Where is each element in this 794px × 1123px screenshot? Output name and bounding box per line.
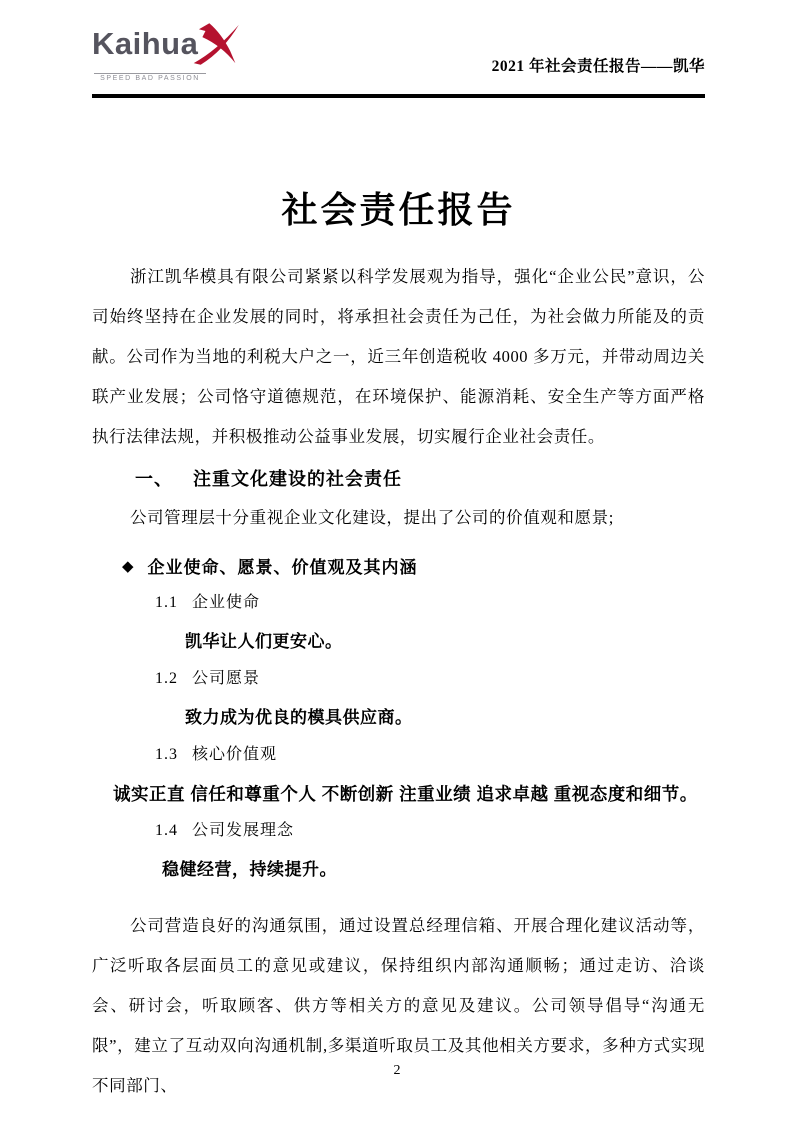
- intro-paragraph: 浙江凯华模具有限公司紧紧以科学发展观为指导，强化“企业公民”意识，公司始终坚持在…: [92, 257, 705, 457]
- kaihua-bird-icon: [192, 21, 244, 71]
- bullet-heading: ◆ 企业使命、愿景、价值观及其内涵: [92, 553, 705, 578]
- item-number: 1.4: [155, 822, 178, 839]
- item-content: 诚实正直 信任和尊重个人 不断创新 注重业绩 追求卓越 重视态度和细节。: [92, 782, 705, 806]
- item-1-1: 1.1企业使命 凯华让人们更安心。: [92, 591, 705, 654]
- header-rule: [92, 94, 705, 98]
- kaihua-logo: Kaihua SPEED BAD PASSION: [92, 28, 244, 82]
- item-label: 企业使命: [192, 594, 260, 611]
- item-1-3: 1.3核心价值观 诚实正直 信任和尊重个人 不断创新 注重业绩 追求卓越 重视态…: [92, 743, 705, 806]
- logo-brand-text: Kaihua: [92, 28, 198, 59]
- section-heading: 一、注重文化建设的社会责任: [92, 465, 705, 491]
- bullet-heading-text: 企业使命、愿景、价值观及其内涵: [148, 553, 418, 578]
- item-1-4: 1.4公司发展理念 稳健经营，持续提升。: [92, 819, 705, 882]
- item-1-2: 1.2公司愿景 致力成为优良的模具供应商。: [92, 667, 705, 730]
- logo-tagline: SPEED BAD PASSION: [94, 73, 206, 82]
- item-label: 公司愿景: [192, 670, 260, 687]
- item-content: 凯华让人们更安心。: [92, 630, 705, 654]
- logo-row: Kaihua: [92, 28, 244, 71]
- page-title: 社会责任报告: [92, 182, 705, 233]
- item-label: 核心价值观: [192, 746, 277, 763]
- item-content: 致力成为优良的模具供应商。: [92, 706, 705, 730]
- item-label-row: 1.1企业使命: [92, 591, 705, 615]
- item-number: 1.2: [155, 670, 178, 687]
- item-label-row: 1.4公司发展理念: [92, 819, 705, 843]
- document-page: Kaihua SPEED BAD PASSION 2021 年社会责任报告——凯…: [0, 0, 794, 1123]
- section-intro: 公司管理层十分重视企业文化建设，提出了公司的价值观和愿景;: [92, 505, 705, 531]
- item-label: 公司发展理念: [192, 822, 294, 839]
- item-label-row: 1.3核心价值观: [92, 743, 705, 767]
- diamond-bullet-icon: ◆: [122, 557, 135, 575]
- item-number: 1.3: [155, 746, 178, 763]
- page-number: 2: [0, 1063, 794, 1079]
- header-document-title: 2021 年社会责任报告——凯华: [492, 54, 705, 82]
- item-number: 1.1: [155, 594, 178, 611]
- item-content: 稳健经营，持续提升。: [92, 858, 705, 882]
- item-label-row: 1.2公司愿景: [92, 667, 705, 691]
- page-header: Kaihua SPEED BAD PASSION 2021 年社会责任报告——凯…: [92, 30, 705, 82]
- numbered-items: 1.1企业使命 凯华让人们更安心。 1.2公司愿景 致力成为优良的模具供应商。 …: [92, 591, 705, 882]
- section-number: 一、: [135, 469, 173, 489]
- section-heading-text: 注重文化建设的社会责任: [193, 469, 402, 489]
